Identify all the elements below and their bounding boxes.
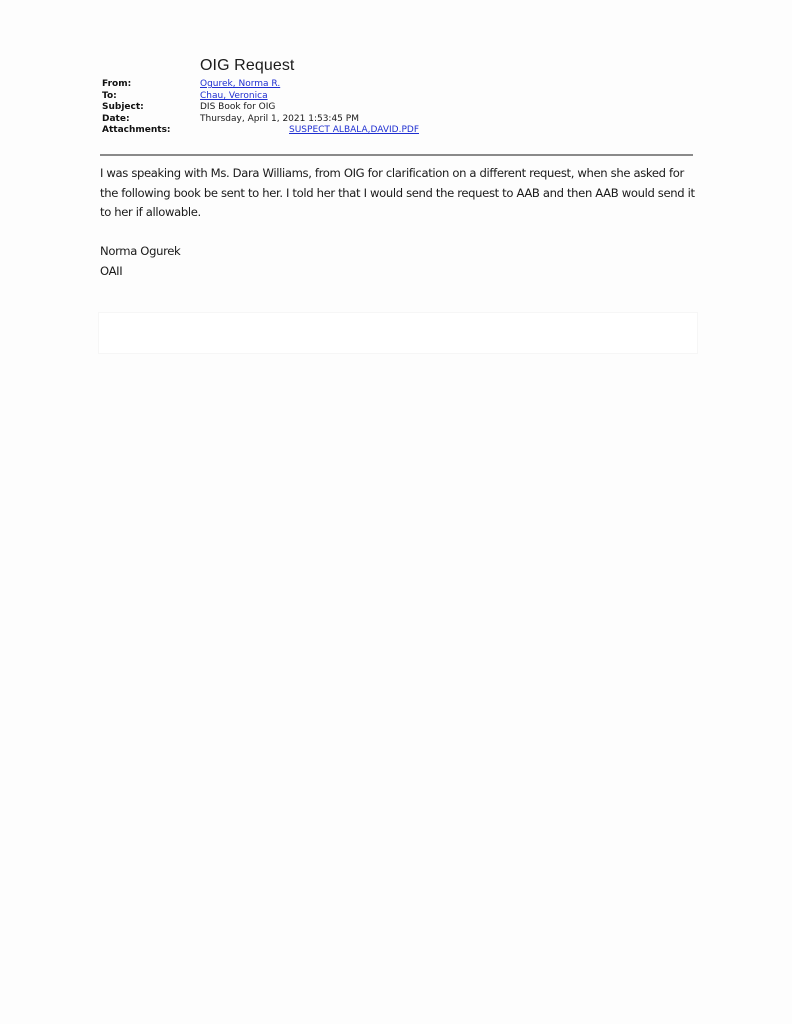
body-paragraph: I was speaking with Ms. Dara Williams, f… — [100, 164, 700, 223]
subject-value: DIS Book for OIG — [200, 102, 275, 114]
header-row-attachments: Attachments: SUSPECT ALBALA,DAVID.PDF — [102, 125, 419, 137]
email-printout-page: OIG Request From: Ogurek, Norma R. To: C… — [0, 0, 792, 1024]
header-row-subject: Subject: DIS Book for OIG — [102, 102, 419, 114]
header-row-to: To: Chau, Veronica — [102, 91, 419, 103]
email-title: OIG Request — [200, 57, 294, 75]
attachment-wrapper: SUSPECT ALBALA,DAVID.PDF — [200, 125, 419, 137]
date-label: Date: — [102, 114, 200, 126]
to-label: To: — [102, 91, 200, 103]
header-row-date: Date: Thursday, April 1, 2021 1:53:45 PM — [102, 114, 419, 126]
whiteout-redaction — [98, 312, 698, 354]
signature-org: OAII — [100, 262, 700, 282]
date-value: Thursday, April 1, 2021 1:53:45 PM — [200, 114, 359, 126]
header-divider — [100, 154, 693, 156]
attachment-link[interactable]: SUSPECT ALBALA,DAVID.PDF — [289, 125, 419, 135]
email-header-block: From: Ogurek, Norma R. To: Chau, Veronic… — [102, 79, 419, 137]
header-row-from: From: Ogurek, Norma R. — [102, 79, 419, 91]
subject-label: Subject: — [102, 102, 200, 114]
to-link[interactable]: Chau, Veronica — [200, 91, 268, 103]
from-link[interactable]: Ogurek, Norma R. — [200, 79, 280, 91]
from-label: From: — [102, 79, 200, 91]
attachments-label: Attachments: — [102, 125, 200, 137]
signature-name: Norma Ogurek — [100, 242, 700, 262]
email-body: I was speaking with Ms. Dara Williams, f… — [100, 164, 700, 281]
